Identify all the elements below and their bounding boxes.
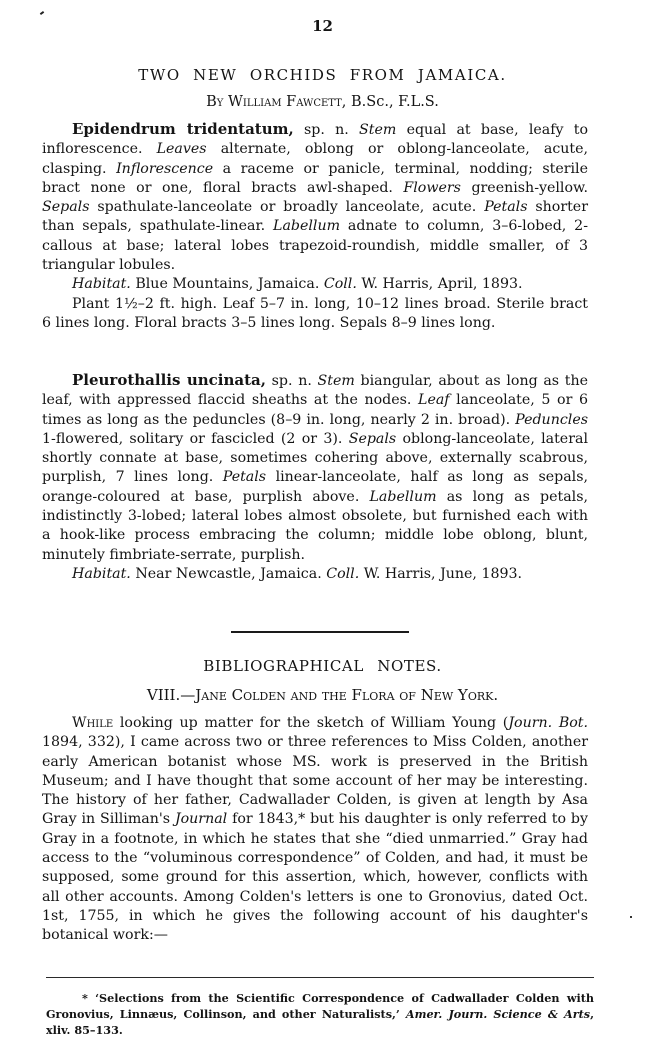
italic-run: Leaf [418,392,450,408]
italic-run: Stem [318,373,355,389]
species-paragraph: Pleurothallis uncinata, sp. n. Stem bian… [42,371,588,565]
collector-text: W. Harris, June, 1893. [359,566,522,582]
italic-run: Flowers [403,180,461,196]
byline-author: By William Fawcett, [206,94,346,110]
section-subtitle: VIII.—Jane Colden and the Flora of New Y… [0,686,645,704]
italic-run: Stem [359,122,396,138]
document-page: 12 TWO NEW ORCHIDS FROM JAMAICA. By Will… [0,0,645,1048]
collector-text: W. Harris, April, 1893. [357,276,523,292]
bibliographical-body: While looking up matter for the sketch o… [42,714,588,946]
italic-run: Labellum [370,489,437,505]
page-number: 12 [0,17,645,35]
subtitle-numeral: VIII.— [147,686,195,704]
measurements-paragraph: Plant 1½–2 ft. high. Leaf 5–7 in. long, … [42,295,588,334]
habitat-line: Habitat. Blue Mountains, Jamaica. Coll. … [42,275,588,294]
scan-artifact-mark [40,11,44,15]
italic-run: Labellum [273,218,340,234]
body-paragraph: While looking up matter for the sketch o… [42,714,588,946]
species-description-text: sp. n. Stem equal at base, leafy to infl… [42,122,588,273]
italic-run: Leaves [157,141,207,157]
collector-label: Coll. [324,276,357,292]
italic-run: Journ. Bot. [508,715,588,731]
collector-label: Coll. [326,566,359,582]
text-run: sp. n. [304,122,359,138]
text-run: 1-flowered, solitary or fascicled (2 or … [42,431,349,447]
species-name: Epidendrum tridentatum, [72,120,294,138]
species-description-text: sp. n. Stem biangular, about as long as … [42,373,588,563]
habitat-label: Habitat. [72,276,131,292]
italic-run: Sepals [42,199,89,215]
species-description-pleurothallis: Pleurothallis uncinata, sp. n. Stem bian… [42,371,588,584]
italic-run: Amer. Journ. Science & Arts [406,1007,590,1021]
article-title: TWO NEW ORCHIDS FROM JAMAICA. [0,66,645,84]
section-divider [231,631,409,633]
text-run: looking up matter for the sketch of Will… [113,715,508,731]
text-run: greenish-yellow. [461,180,588,196]
habitat-text: Near Newcastle, Jamaica. [131,566,326,582]
italic-run: Inflorescence [116,161,213,177]
section-title: BIBLIOGRAPHICAL NOTES. [0,657,645,675]
subtitle-text: Jane Colden and the Flora of New York. [195,686,498,704]
habitat-line: Habitat. Near Newcastle, Jamaica. Coll. … [42,565,588,584]
species-description-epidendrum: Epidendrum tridentatum, sp. n. Stem equa… [42,120,588,333]
footnote: * ‘Selections from the Scientific Corres… [46,990,594,1038]
byline-credentials: B.Sc., F.L.S. [351,94,439,110]
scan-artifact-dot [630,916,632,918]
italic-run: Sepals [349,431,396,447]
habitat-text: Blue Mountains, Jamaica. [131,276,324,292]
article-byline: By William Fawcett, B.Sc., F.L.S. [0,94,645,110]
footnote-text: * ‘Selections from the Scientific Corres… [46,990,594,1038]
text-run: spathulate-lanceolate or broadly lanceol… [89,199,484,215]
text-run: for 1843,* but his daughter is only refe… [42,811,588,943]
species-paragraph: Epidendrum tridentatum, sp. n. Stem equa… [42,120,588,275]
italic-run: Peduncles [515,412,588,428]
text-run: sp. n. [272,373,318,389]
italic-run: Petals [223,469,266,485]
text-run: While [72,715,113,731]
italic-run: Petals [484,199,527,215]
habitat-label: Habitat. [72,566,131,582]
footnote-divider [46,977,594,978]
species-name: Pleurothallis uncinata, [72,371,266,389]
italic-run: Journal [175,811,227,827]
